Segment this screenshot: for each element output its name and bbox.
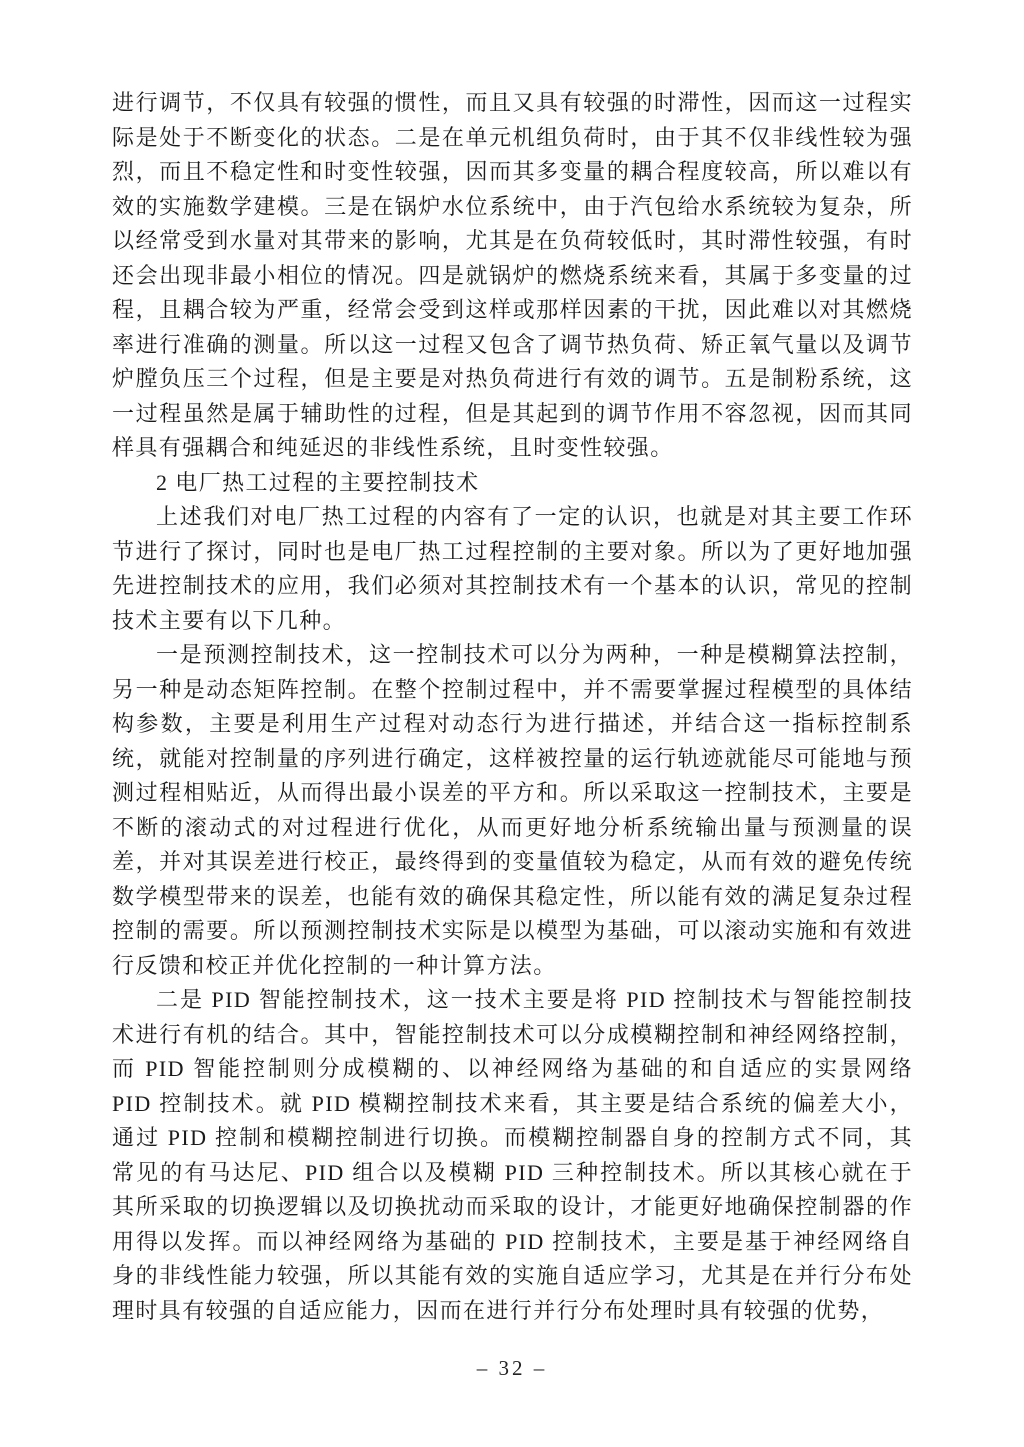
paragraph: 二是 PID 智能控制技术，这一技术主要是将 PID 控制技术与智能控制技术进行… — [112, 983, 913, 1328]
page-number: – 32 – — [0, 1356, 1024, 1381]
section-heading: 2 电厂热工过程的主要控制技术 — [112, 466, 913, 501]
document-body: 进行调节，不仅具有较强的惯性，而且又具有较强的时滞性，因而这一过程实际是处于不断… — [112, 86, 913, 1328]
document-page: 进行调节，不仅具有较强的惯性，而且又具有较强的时滞性，因而这一过程实际是处于不断… — [0, 0, 1024, 1447]
paragraph: 上述我们对电厂热工过程的内容有了一定的认识，也就是对其主要工作环节进行了探讨，同… — [112, 500, 913, 638]
paragraph: 进行调节，不仅具有较强的惯性，而且又具有较强的时滞性，因而这一过程实际是处于不断… — [112, 86, 913, 466]
paragraph: 一是预测控制技术，这一控制技术可以分为两种，一种是模糊算法控制，另一种是动态矩阵… — [112, 638, 913, 983]
